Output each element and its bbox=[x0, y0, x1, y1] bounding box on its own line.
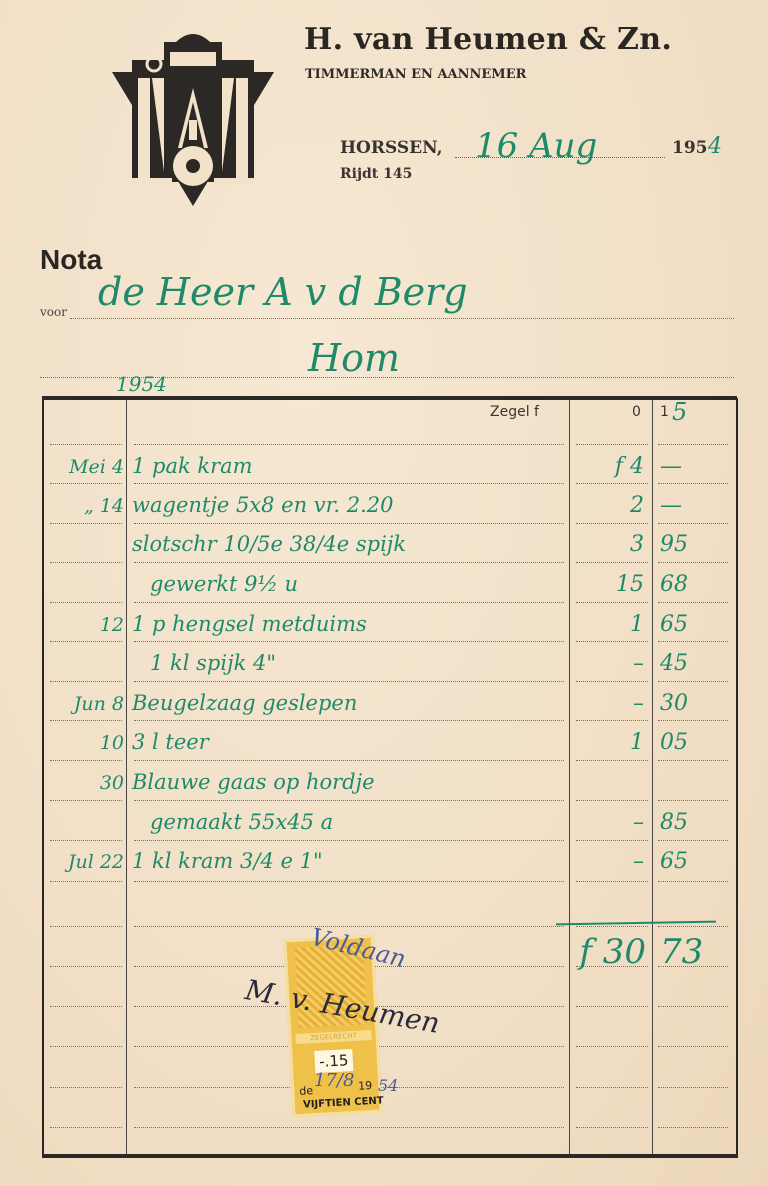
zegel-guilders: 0 bbox=[632, 404, 641, 420]
handwritten-year-digit: 4 bbox=[708, 134, 722, 159]
row-date: Mei 4 bbox=[44, 456, 124, 478]
stamp-handwritten-date: 17/8 bbox=[314, 1070, 354, 1091]
row-date: 12 bbox=[44, 614, 124, 636]
table-top-border bbox=[42, 396, 737, 400]
year-note: 1954 bbox=[116, 372, 167, 396]
nota-title: Nota bbox=[40, 244, 102, 276]
row-cents: 95 bbox=[660, 532, 688, 557]
row-guilders: – bbox=[574, 849, 644, 874]
row-description: Blauwe gaas op hordje bbox=[132, 770, 375, 794]
row-guilders: 1 bbox=[574, 612, 644, 637]
handwritten-date: 16 Aug bbox=[475, 126, 597, 166]
firm-name: H. van Heumen & Zn. bbox=[304, 22, 672, 57]
firm-subtitle: TIMMERMAN EN AANNEMER bbox=[305, 67, 526, 82]
row-description: 1 pak kram bbox=[132, 454, 253, 478]
recipient-place: Hom bbox=[308, 336, 400, 380]
recipient-line-1 bbox=[70, 318, 734, 319]
row-date: 30 bbox=[44, 772, 124, 794]
zegel-label: Zegel f bbox=[490, 404, 539, 420]
row-cents: 68 bbox=[660, 572, 688, 597]
row-guilders: – bbox=[574, 691, 644, 716]
street-address: Rijdt 145 bbox=[340, 166, 412, 182]
row-guilders: 3 bbox=[574, 532, 644, 557]
row-date: 10 bbox=[44, 732, 124, 754]
row-description: 3 l teer bbox=[132, 730, 209, 754]
voor-label: voor bbox=[40, 305, 67, 319]
year-prefix: 195 bbox=[672, 138, 708, 158]
row-guilders: – bbox=[574, 651, 644, 676]
row-description: 1 kl spijk 4" bbox=[150, 651, 276, 675]
row-description: Beugelzaag geslepen bbox=[132, 691, 357, 715]
row-guilders: 15 bbox=[574, 572, 644, 597]
row-description: 1 p hengsel metduims bbox=[132, 612, 367, 636]
description-column-divider bbox=[569, 400, 570, 1155]
row-description: slotschr 10/5e 38/4e spijk bbox=[132, 532, 406, 556]
stamp-de: de bbox=[299, 1084, 313, 1098]
row-cents: 05 bbox=[660, 730, 688, 755]
zegel-cents-hand: 5 bbox=[672, 398, 687, 426]
stamp-denomination: VIJFTIEN CENT bbox=[303, 1095, 384, 1110]
row-cents: 30 bbox=[660, 691, 688, 716]
row-cents: 45 bbox=[660, 651, 688, 676]
carpentry-tools-emblem-icon bbox=[112, 30, 274, 206]
zegel-cents: 1 bbox=[660, 404, 669, 420]
row-description: 1 kl kram 3/4 e 1" bbox=[132, 849, 323, 873]
recipient-name: de Heer A v d Berg bbox=[98, 270, 468, 314]
row-date: „ 14 bbox=[44, 495, 124, 517]
total-cents: 73 bbox=[660, 932, 703, 972]
table-bottom-border bbox=[42, 1154, 737, 1158]
row-date: Jul 22 bbox=[44, 851, 124, 873]
stamp-band: ZEGELRECHT bbox=[295, 1030, 371, 1044]
cents-column-divider bbox=[652, 400, 653, 1155]
row-guilders: f 4 bbox=[574, 454, 644, 479]
row-guilders: 2 bbox=[574, 493, 644, 518]
city-label: HORSSEN, bbox=[340, 138, 443, 158]
stamp-handwritten-year: 54 bbox=[378, 1076, 398, 1095]
row-cents: 65 bbox=[660, 849, 688, 874]
row-description: gemaakt 55x45 a bbox=[150, 810, 333, 834]
row-cents: — bbox=[660, 454, 682, 479]
row-cents: 85 bbox=[660, 810, 688, 835]
row-guilders: 1 bbox=[574, 730, 644, 755]
row-description: gewerkt 9½ u bbox=[150, 572, 298, 596]
row-description: wagentje 5x8 en vr. 2.20 bbox=[132, 493, 394, 517]
stamp-year-prefix: 19 bbox=[358, 1079, 373, 1093]
row-guilders: – bbox=[574, 810, 644, 835]
date-column-divider bbox=[126, 400, 127, 1155]
row-cents: 65 bbox=[660, 612, 688, 637]
row-cents: — bbox=[660, 493, 682, 518]
row-date: Jun 8 bbox=[44, 693, 124, 715]
invoice-paper: H. van Heumen & Zn. TIMMERMAN EN AANNEME… bbox=[0, 0, 768, 1186]
total-guilders: f 30 bbox=[556, 932, 646, 972]
